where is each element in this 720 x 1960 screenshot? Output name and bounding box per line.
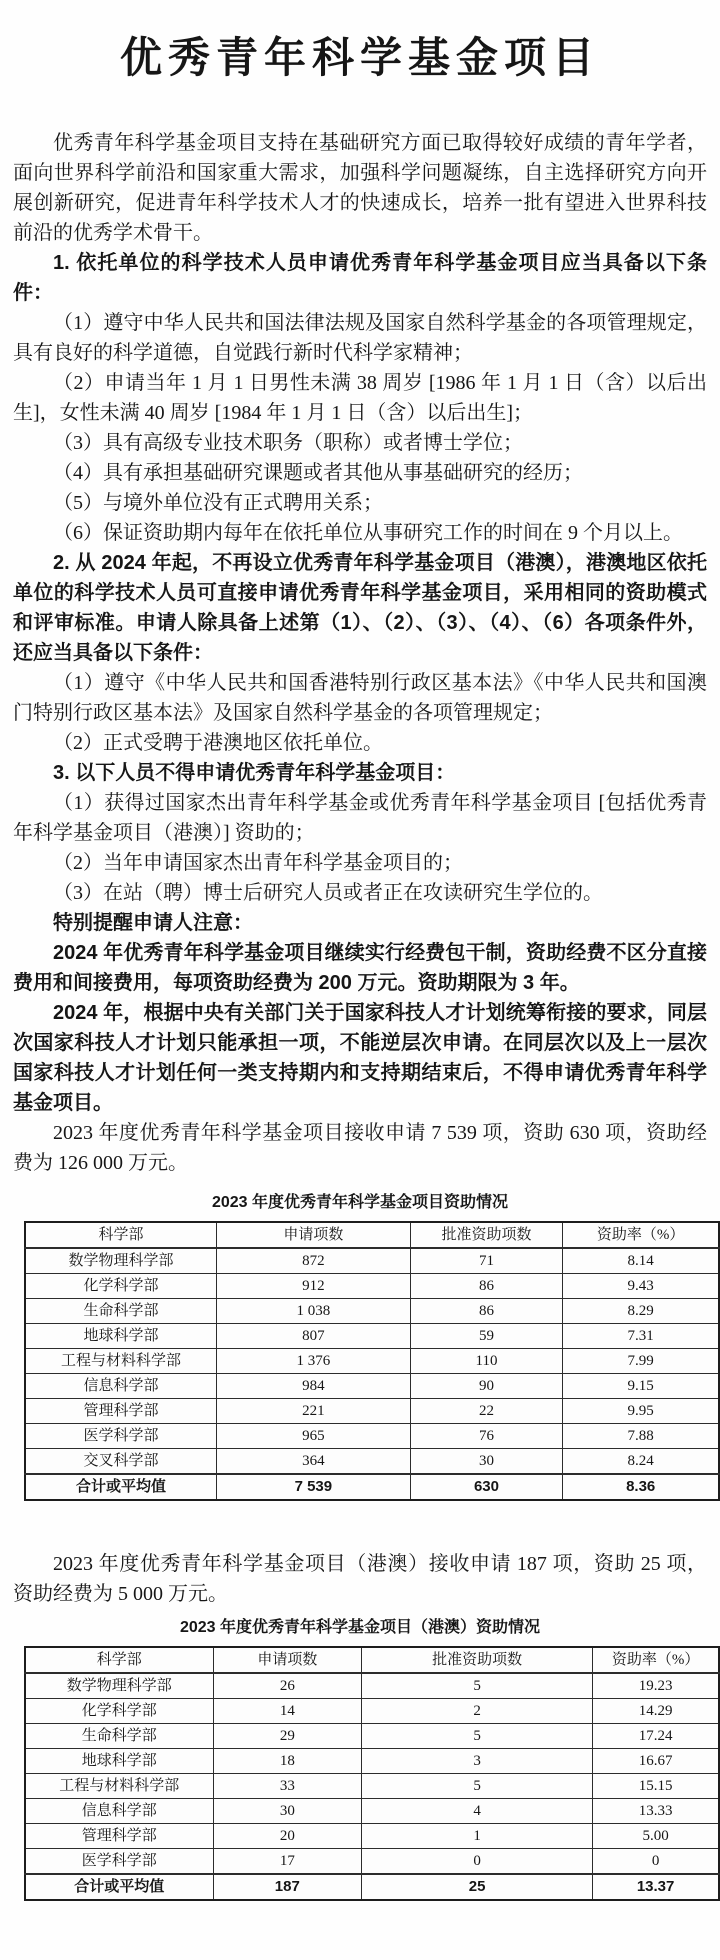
table-2-caption: 2023 年度优秀青年科学基金项目（港澳）资助情况 — [13, 1617, 707, 1639]
table-cell: 7.99 — [563, 1349, 719, 1374]
column-header: 资助率（%） — [563, 1222, 719, 1248]
hkmo-condition-1-item: （1）遵守《中华人民共和国香港特别行政区基本法》《中华人民共和国澳门特别行政区基… — [13, 668, 707, 728]
table-cell: 912 — [217, 1274, 411, 1299]
table-cell: 20 — [213, 1824, 362, 1849]
talent-plan-notice-paragraph: 2024 年，根据中央有关部门关于国家科技人才计划统筹衔接的要求，同层次国家科技… — [13, 998, 707, 1118]
stats-2023-hkmo-paragraph: 2023 年度优秀青年科学基金项目（港澳）接收申请 187 项，资助 25 项，… — [13, 1549, 707, 1609]
table-cell: 19.23 — [593, 1673, 719, 1699]
table-row: 合计或平均值7 5396308.36 — [25, 1474, 719, 1500]
table-header-row: 科学部申请项数批准资助项数资助率（%） — [25, 1647, 719, 1673]
table-cell: 26 — [213, 1673, 362, 1699]
column-header: 申请项数 — [213, 1647, 362, 1673]
table-cell: 1 038 — [217, 1299, 411, 1324]
column-header: 批准资助项数 — [410, 1222, 563, 1248]
funding-table-2023-hkmo: 科学部申请项数批准资助项数资助率（%）数学物理科学部26519.23化学科学部1… — [24, 1646, 720, 1901]
section-2-heading: 2. 从 2024 年起，不再设立优秀青年科学基金项目（港澳），港澳地区依托单位… — [13, 548, 707, 668]
column-header: 批准资助项数 — [362, 1647, 593, 1673]
funding-table-2023: 科学部申请项数批准资助项数资助率（%）数学物理科学部872718.14化学科学部… — [24, 1221, 720, 1501]
table-cell: 1 376 — [217, 1349, 411, 1374]
table-cell: 90 — [410, 1374, 563, 1399]
column-header: 资助率（%） — [593, 1647, 719, 1673]
table-cell: 86 — [410, 1274, 563, 1299]
table-cell: 8.29 — [563, 1299, 719, 1324]
table-cell: 7 539 — [217, 1474, 411, 1500]
table-cell: 630 — [410, 1474, 563, 1500]
table-row: 生命科学部1 038868.29 — [25, 1299, 719, 1324]
table-row: 合计或平均值1872513.37 — [25, 1874, 719, 1900]
table-cell: 化学科学部 — [25, 1699, 213, 1724]
table-cell: 9.95 — [563, 1399, 719, 1424]
table-cell: 管理科学部 — [25, 1824, 213, 1849]
table-header-row: 科学部申请项数批准资助项数资助率（%） — [25, 1222, 719, 1248]
table-row: 数学物理科学部872718.14 — [25, 1248, 719, 1274]
table-cell: 7.31 — [563, 1324, 719, 1349]
table-row: 生命科学部29517.24 — [25, 1724, 719, 1749]
column-header: 科学部 — [25, 1647, 213, 1673]
table-cell: 1 — [362, 1824, 593, 1849]
table-cell: 364 — [217, 1449, 411, 1475]
table-cell: 3 — [362, 1749, 593, 1774]
table-row: 工程与材料科学部33515.15 — [25, 1774, 719, 1799]
table-cell: 17.24 — [593, 1724, 719, 1749]
table-cell: 14 — [213, 1699, 362, 1724]
condition-3-item: （3）具有高级专业技术职务（职称）或者博士学位； — [13, 428, 707, 458]
table-cell: 交叉科学部 — [25, 1449, 217, 1475]
table-cell: 合计或平均值 — [25, 1474, 217, 1500]
table-cell: 984 — [217, 1374, 411, 1399]
table-cell: 8.24 — [563, 1449, 719, 1475]
table-cell: 合计或平均值 — [25, 1874, 213, 1900]
table-row: 信息科学部30413.33 — [25, 1799, 719, 1824]
table-cell: 0 — [593, 1849, 719, 1875]
column-header: 申请项数 — [217, 1222, 411, 1248]
table-row: 工程与材料科学部1 3761107.99 — [25, 1349, 719, 1374]
table-cell: 工程与材料科学部 — [25, 1349, 217, 1374]
table-cell: 0 — [362, 1849, 593, 1875]
table-row: 数学物理科学部26519.23 — [25, 1673, 719, 1699]
document-title: 优秀青年科学基金项目 — [13, 28, 707, 90]
table-cell: 15.15 — [593, 1774, 719, 1799]
table-cell: 110 — [410, 1349, 563, 1374]
table-cell: 872 — [217, 1248, 411, 1274]
table-row: 化学科学部14214.29 — [25, 1699, 719, 1724]
table-cell: 807 — [217, 1324, 411, 1349]
table-cell: 18 — [213, 1749, 362, 1774]
condition-4-item: （4）具有承担基础研究课题或者其他从事基础研究的经历； — [13, 458, 707, 488]
table-cell: 5 — [362, 1673, 593, 1699]
exclusion-3-item: （3）在站（聘）博士后研究人员或者正在攻读研究生学位的。 — [13, 878, 707, 908]
condition-2-item: （2）申请当年 1 月 1 日男性未满 38 周岁 [1986 年 1 月 1 … — [13, 368, 707, 428]
table-row: 管理科学部221229.95 — [25, 1399, 719, 1424]
table-1-caption: 2023 年度优秀青年科学基金项目资助情况 — [13, 1192, 707, 1214]
table-row: 医学科学部965767.88 — [25, 1424, 719, 1449]
table-cell: 9.43 — [563, 1274, 719, 1299]
table-cell: 地球科学部 — [25, 1749, 213, 1774]
table-cell: 数学物理科学部 — [25, 1248, 217, 1274]
table-cell: 59 — [410, 1324, 563, 1349]
table-cell: 30 — [410, 1449, 563, 1475]
table-cell: 221 — [217, 1399, 411, 1424]
condition-1-item: （1）遵守中华人民共和国法律法规及国家自然科学基金的各项管理规定，具有良好的科学… — [13, 308, 707, 368]
table-cell: 8.14 — [563, 1248, 719, 1274]
table-cell: 地球科学部 — [25, 1324, 217, 1349]
table-cell: 71 — [410, 1248, 563, 1274]
table-row: 管理科学部2015.00 — [25, 1824, 719, 1849]
table-cell: 医学科学部 — [25, 1849, 213, 1875]
table-row: 医学科学部1700 — [25, 1849, 719, 1875]
table-cell: 5 — [362, 1724, 593, 1749]
table-cell: 16.67 — [593, 1749, 719, 1774]
table-cell: 医学科学部 — [25, 1424, 217, 1449]
table-cell: 2 — [362, 1699, 593, 1724]
table-cell: 信息科学部 — [25, 1374, 217, 1399]
document-page: 优秀青年科学基金项目 优秀青年科学基金项目支持在基础研究方面已取得较好成绩的青年… — [0, 0, 720, 1960]
table-cell: 工程与材料科学部 — [25, 1774, 213, 1799]
table-cell: 5 — [362, 1774, 593, 1799]
table-cell: 7.88 — [563, 1424, 719, 1449]
section-3-heading: 3. 以下人员不得申请优秀青年科学基金项目： — [13, 758, 707, 788]
table-cell: 187 — [213, 1874, 362, 1900]
exclusion-2-item: （2）当年申请国家杰出青年科学基金项目的； — [13, 848, 707, 878]
table-cell: 17 — [213, 1849, 362, 1875]
special-notice-heading: 特别提醒申请人注意： — [13, 908, 707, 938]
table-cell: 4 — [362, 1799, 593, 1824]
table-cell: 信息科学部 — [25, 1799, 213, 1824]
table-cell: 生命科学部 — [25, 1724, 213, 1749]
column-header: 科学部 — [25, 1222, 217, 1248]
table-cell: 9.15 — [563, 1374, 719, 1399]
intro-paragraph: 优秀青年科学基金项目支持在基础研究方面已取得较好成绩的青年学者，面向世界科学前沿… — [13, 128, 707, 248]
table-cell: 33 — [213, 1774, 362, 1799]
table-cell: 13.33 — [593, 1799, 719, 1824]
table-row: 化学科学部912869.43 — [25, 1274, 719, 1299]
funding-notice-paragraph: 2024 年优秀青年科学基金项目继续实行经费包干制，资助经费不区分直接费用和间接… — [13, 938, 707, 998]
table-cell: 22 — [410, 1399, 563, 1424]
stats-2023-paragraph: 2023 年度优秀青年科学基金项目接收申请 7 539 项，资助 630 项，资… — [13, 1118, 707, 1178]
table-cell: 化学科学部 — [25, 1274, 217, 1299]
table-cell: 965 — [217, 1424, 411, 1449]
table-cell: 13.37 — [593, 1874, 719, 1900]
table-cell: 管理科学部 — [25, 1399, 217, 1424]
table-row: 信息科学部984909.15 — [25, 1374, 719, 1399]
table-cell: 生命科学部 — [25, 1299, 217, 1324]
hkmo-condition-2-item: （2）正式受聘于港澳地区依托单位。 — [13, 728, 707, 758]
table-cell: 86 — [410, 1299, 563, 1324]
table-cell: 29 — [213, 1724, 362, 1749]
exclusion-1-item: （1）获得过国家杰出青年科学基金或优秀青年科学基金项目 [包括优秀青年科学基金项… — [13, 788, 707, 848]
condition-6-item: （6）保证资助期内每年在依托单位从事研究工作的时间在 9 个月以上。 — [13, 518, 707, 548]
table-row: 交叉科学部364308.24 — [25, 1449, 719, 1475]
table-row: 地球科学部807597.31 — [25, 1324, 719, 1349]
table-cell: 76 — [410, 1424, 563, 1449]
table-cell: 14.29 — [593, 1699, 719, 1724]
table-cell: 25 — [362, 1874, 593, 1900]
table-cell: 8.36 — [563, 1474, 719, 1500]
table-cell: 数学物理科学部 — [25, 1673, 213, 1699]
table-cell: 5.00 — [593, 1824, 719, 1849]
condition-5-item: （5）与境外单位没有正式聘用关系； — [13, 488, 707, 518]
section-1-heading: 1. 依托单位的科学技术人员申请优秀青年科学基金项目应当具备以下条件： — [13, 248, 707, 308]
table-cell: 30 — [213, 1799, 362, 1824]
table-row: 地球科学部18316.67 — [25, 1749, 719, 1774]
